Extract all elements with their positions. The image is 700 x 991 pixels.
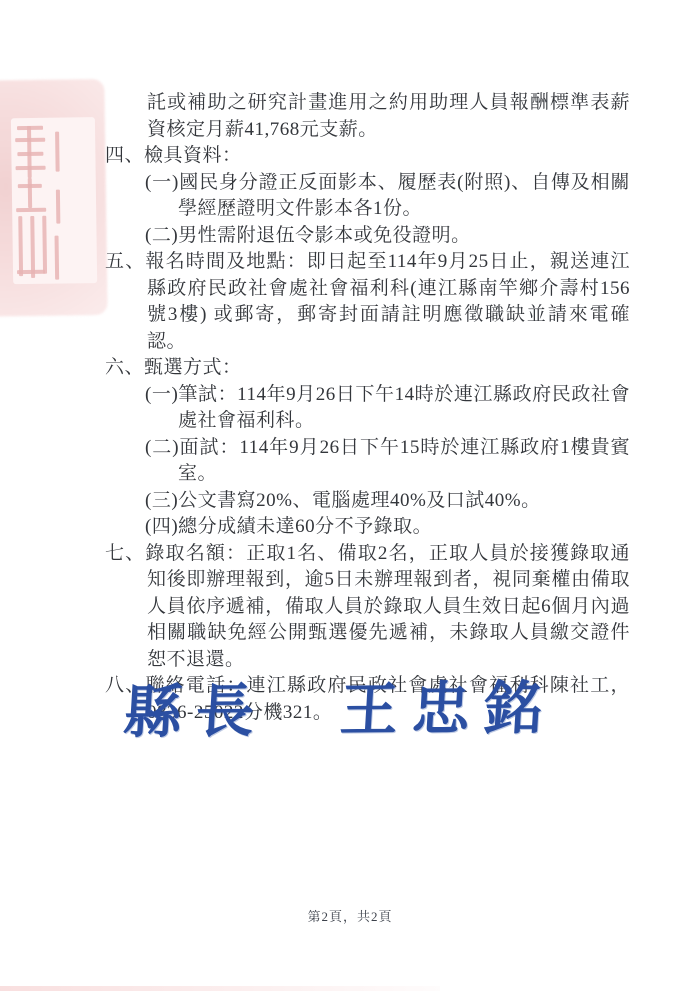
section-6-selection-method: 六、甄選方式：: [0, 355, 700, 382]
page-number-footer: 第2頁，共2頁: [0, 906, 700, 925]
document-body: 託或補助之研究計畫進用之約用助理人員報酬標準表薪資核定月薪41,768元支薪。 …: [0, 90, 700, 726]
section-6-sub-4-passing-score: (四)總分成績未達60分不予錄取。: [0, 514, 700, 541]
section-4-sub-2-military: (二)男性需附退伍令影本或免役證明。: [0, 223, 700, 250]
section-6-sub-2-interview: (二)面試：114年9月26日下午15時於連江縣政府1樓貴賓室。: [0, 435, 700, 488]
section-5-registration: 五、報名時間及地點：即日起至114年9月25日止，親送連江縣政府民政社會處社會福…: [0, 249, 700, 355]
paragraph-salary-continuation: 託或補助之研究計畫進用之約用助理人員報酬標準表薪資核定月薪41,768元支薪。: [0, 90, 700, 143]
scan-artifact: [0, 986, 440, 991]
scanned-document-page: 託或補助之研究計畫進用之約用助理人員報酬標準表薪資核定月薪41,768元支薪。 …: [0, 0, 700, 991]
section-4-required-documents: 四、檢具資料：: [0, 143, 700, 170]
section-7-admission-quota: 七、錄取名額：正取1名、備取2名，正取人員於接獲錄取通知後即辦理報到，逾5日未辦…: [0, 541, 700, 674]
magistrate-signature: 縣長 王忠銘: [122, 674, 558, 748]
section-4-sub-1-id-resume: (一)國民身分證正反面影本、履歷表(附照)、自傳及相關學經歷證明文件影本各1份。: [0, 170, 700, 223]
section-6-sub-1-written-test: (一)筆試：114年9月26日下午14時於連江縣政府民政社會處社會福利科。: [0, 382, 700, 435]
section-6-sub-3-weighting: (三)公文書寫20%、電腦處理40%及口試40%。: [0, 488, 700, 515]
